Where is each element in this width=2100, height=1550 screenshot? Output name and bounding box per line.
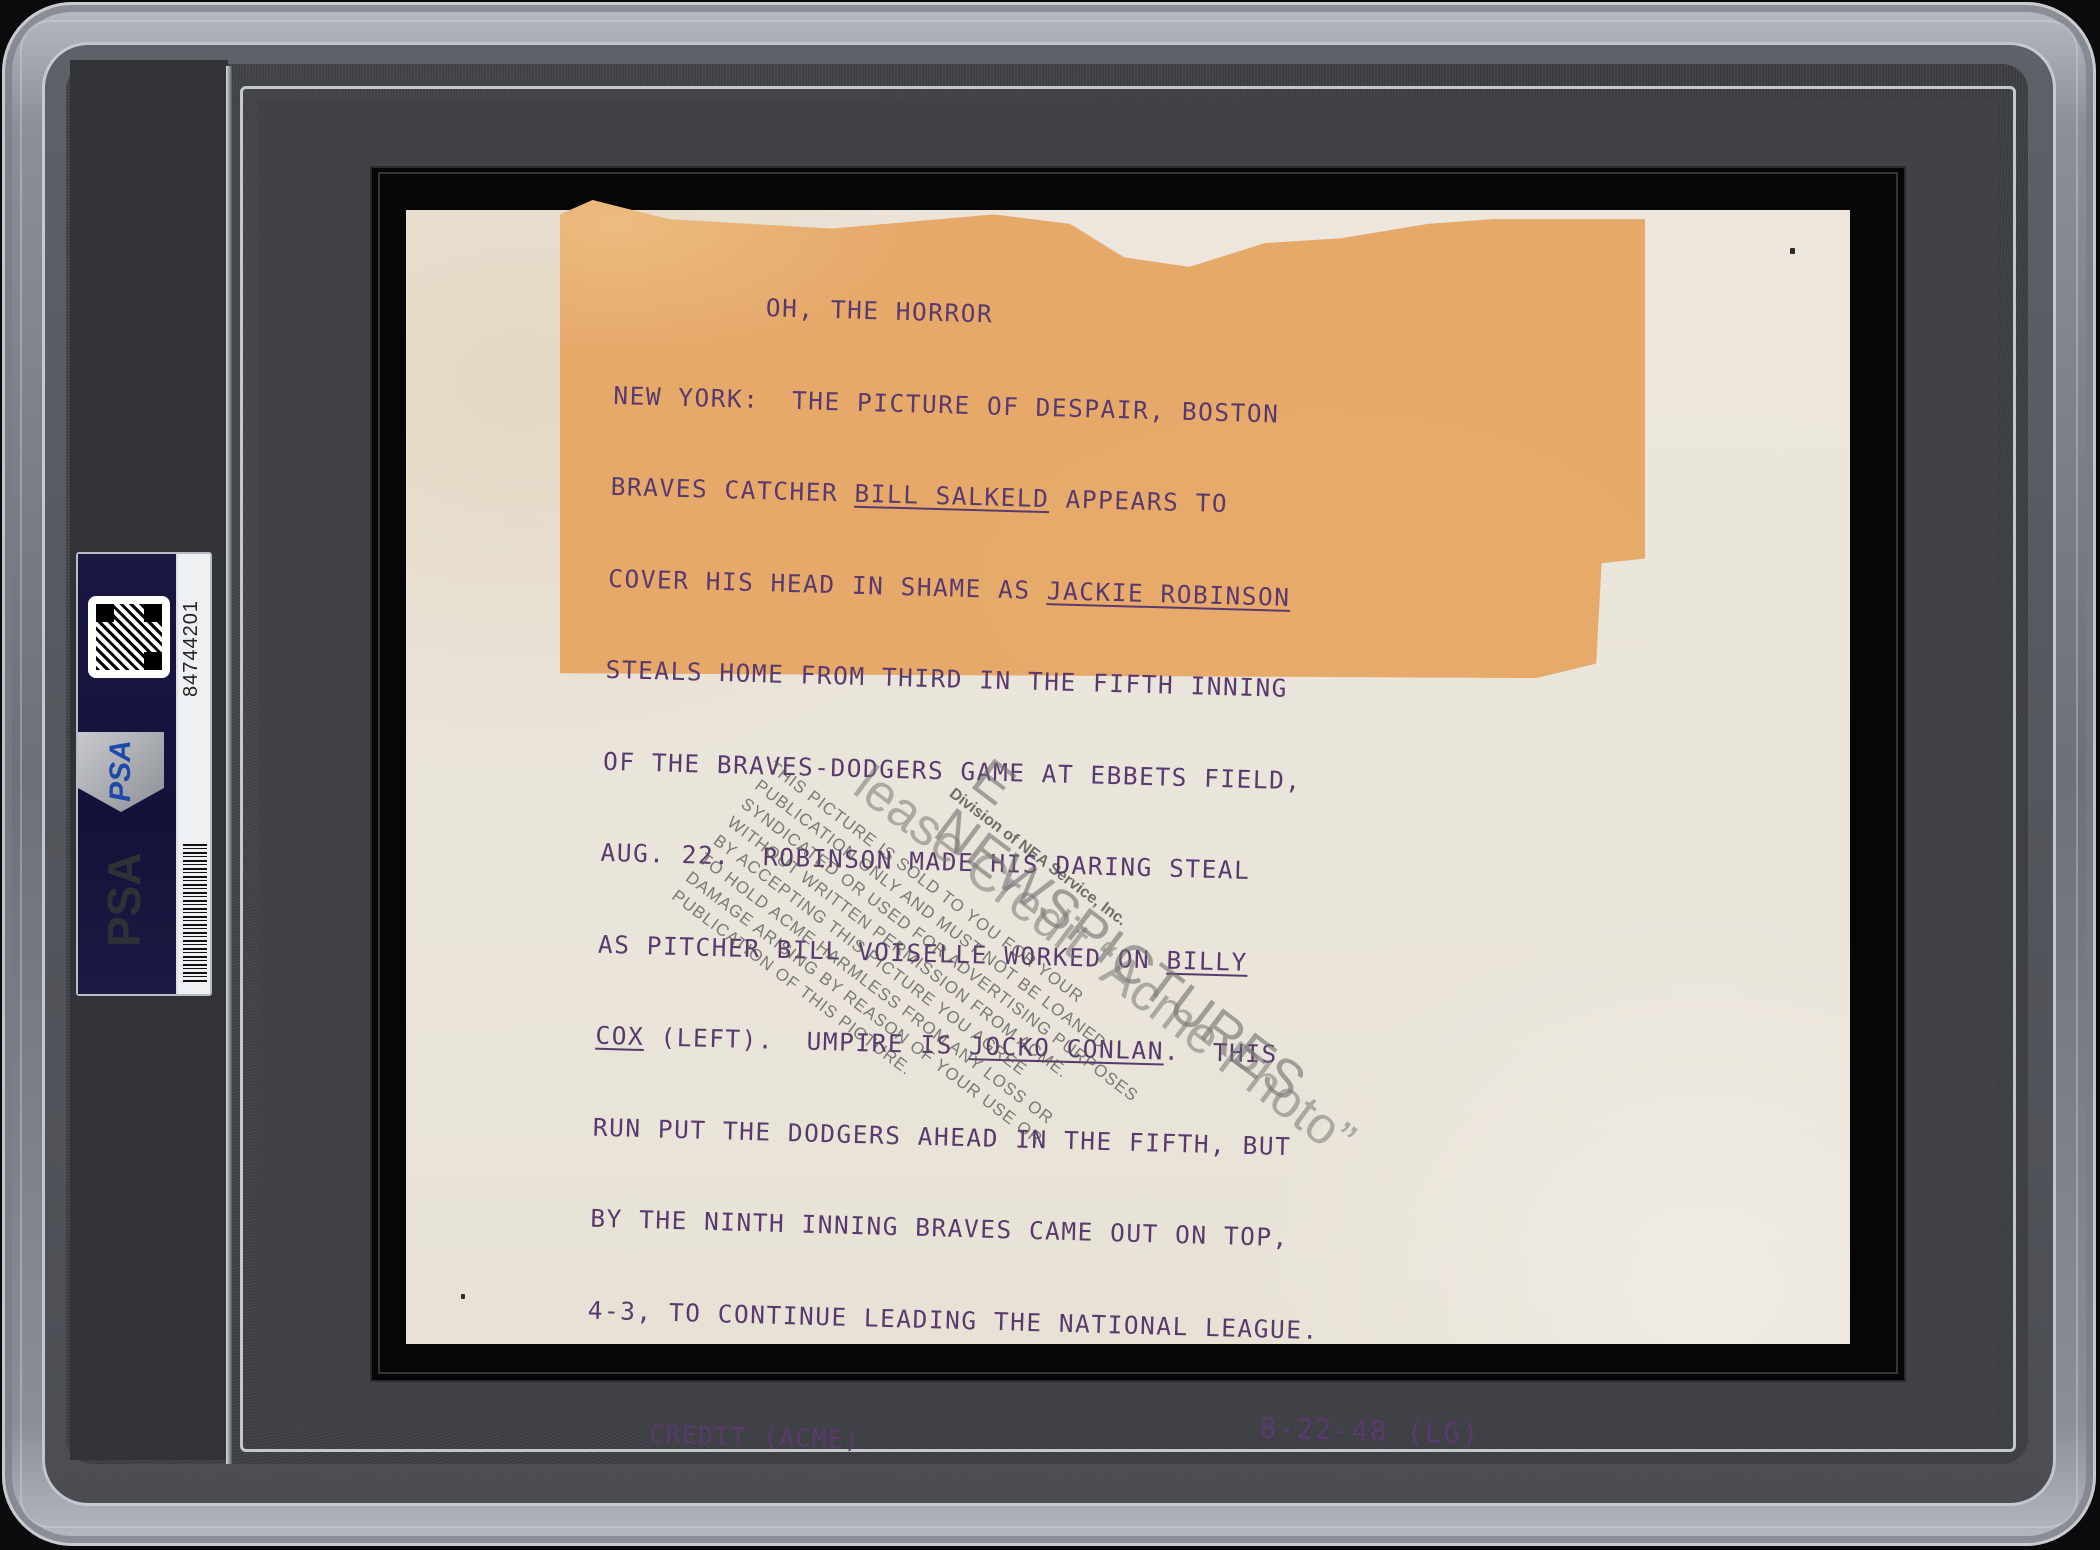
caption-title: OH, THE HORROR [615,289,1615,347]
qr-code-icon[interactable] [88,596,170,678]
cert-number: 84744201 [180,574,208,724]
cert-strip: 84744201 [178,554,210,994]
barcode-icon [183,844,207,984]
psa-logo-badge: PSA [78,732,164,812]
psa-label-panel: PSA PSA [78,554,176,994]
name-bill-salkeld: BILL SALKELD [854,479,1050,513]
caption-credit: CREDIT (ACME) [649,1419,861,1454]
psa-label: PSA PSA 84744201 [76,552,212,996]
psa-logo-icon: PSA [98,736,144,806]
photo-mark [1790,248,1795,254]
caption-line: COVER HIS HEAD IN SHAME AS JACKIE ROBINS… [608,563,1608,621]
psa-hologram-text: PSA [69,867,179,947]
qr-code-pattern [96,604,162,670]
slab-divider [226,66,232,1464]
name-jackie-robinson: JACKIE ROBINSON [1046,576,1290,612]
caption-line: NEW YORK: THE PICTURE OF DESPAIR, BOSTON [613,380,1613,438]
caption-line: STEALS HOME FROM THIRD IN THE FIFTH INNI… [605,655,1605,713]
caption-credit-line: CREDIT (ACME) 8-22-48 (LG) [585,1387,1585,1445]
caption-line: BRAVES CATCHER BILL SALKELD APPEARS TO [610,472,1610,530]
caption-date-code: 8-22-48 (LG) [1259,1413,1480,1450]
photo-mark [461,1294,465,1299]
